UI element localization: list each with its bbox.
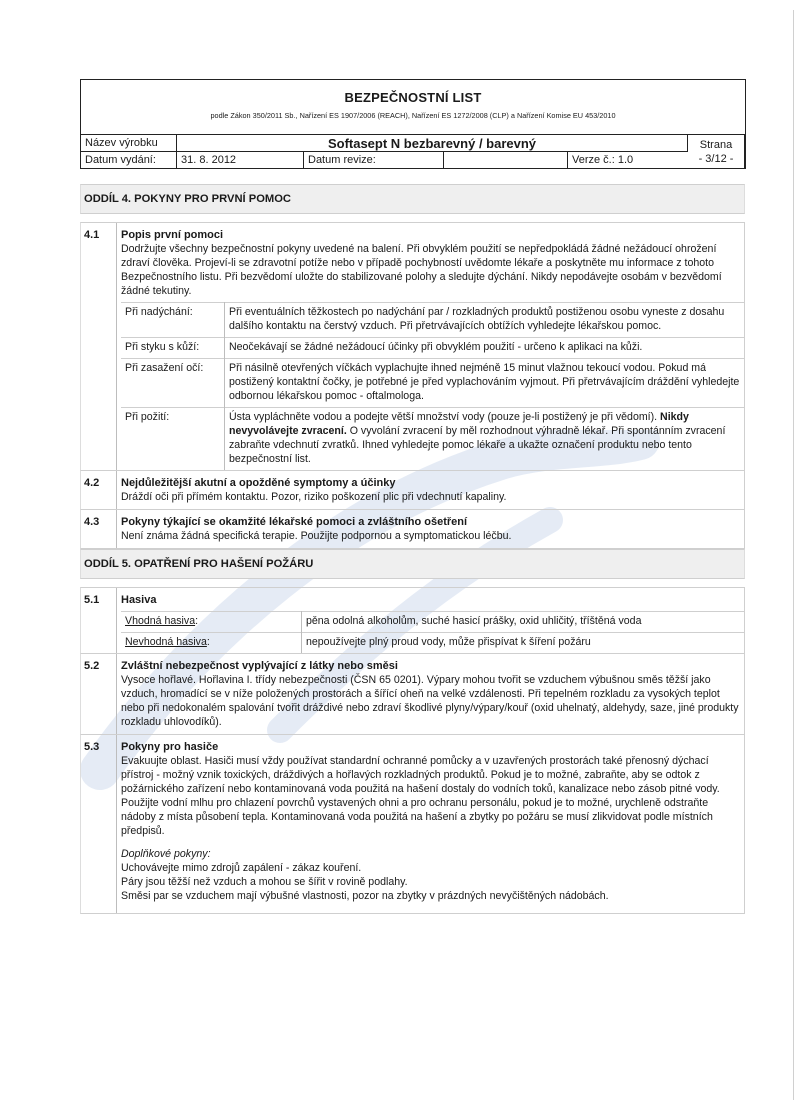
row-text: Při eventuálních těžkostech po nadýchání…: [225, 303, 745, 338]
subsection-text: Není známa žádná specifická terapie. Pou…: [121, 529, 740, 543]
subsection-title: Popis první pomoci: [121, 228, 740, 242]
table-row: Při styku s kůží: Neočekávají se žádné n…: [121, 338, 744, 359]
table-row: Při nadýchání: Při eventuálních těžkoste…: [121, 303, 744, 338]
row-text-part: Ústa vypláchněte vodou a podejte větší m…: [229, 411, 657, 423]
subsection-text: Vysoce hořlavé. Hořlavina I. třídy nebez…: [121, 673, 740, 729]
row-label: Při zasažení očí:: [121, 359, 225, 408]
additional-instruction: Směsi par se vzduchem mají výbušné vlast…: [121, 889, 740, 903]
row-text: nepoužívejte plný proud vody, může přisp…: [302, 633, 745, 654]
row-label-text: Nevhodná hasiva: [125, 636, 207, 648]
table-row: Vhodná hasiva: pěna odolná alkoholům, su…: [121, 612, 744, 633]
row-label: Vhodná hasiva:: [121, 612, 302, 633]
table-row: Nevhodná hasiva: nepoužívejte plný proud…: [121, 633, 744, 654]
subsection-4-2: 4.2 Nejdůležitější akutní a opožděné sym…: [80, 471, 745, 510]
subsection-number: 5.2: [81, 654, 117, 734]
subsection-title: Pokyny týkající se okamžité lékařské pom…: [121, 515, 740, 529]
row-label: Při požití:: [121, 408, 225, 471]
issue-date: 31. 8. 2012: [177, 152, 304, 168]
row-text: Ústa vypláchněte vodou a podejte větší m…: [225, 408, 745, 471]
additional-instructions-title: Doplňkové pokyny:: [121, 847, 740, 861]
subsection-title: Pokyny pro hasiče: [121, 740, 740, 754]
regulation-subtitle: podle Zákon 350/2011 Sb., Nařízení ES 19…: [81, 111, 745, 120]
issue-date-label: Datum vydání:: [81, 152, 177, 168]
subsection-title: Zvláštní nebezpečnost vyplývající z látk…: [121, 659, 740, 673]
subsection-number: 4.2: [81, 471, 117, 509]
page-number: Strana - 3/12 -: [688, 135, 745, 168]
subsection-number: 4.3: [81, 510, 117, 548]
subsection-number: 4.1: [81, 223, 117, 470]
additional-instruction: Uchovávejte mimo zdrojů zapálení - zákaz…: [121, 861, 740, 875]
subsection-5-1: 5.1 Hasiva Vhodná hasiva: pěna odolná al…: [80, 587, 745, 654]
section-4-heading: ODDÍL 4. POKYNY PRO PRVNÍ POMOC: [80, 184, 745, 214]
document-title: BEZPEČNOSTNÍ LIST: [81, 80, 745, 105]
version: Verze č.: 1.0: [568, 152, 688, 168]
row-label: Při nadýchání:: [121, 303, 225, 338]
table-row: Při zasažení očí: Při násilně otevřených…: [121, 359, 744, 408]
page-value: - 3/12 -: [699, 152, 734, 166]
page-edge: [793, 10, 794, 1100]
subsection-4-1: 4.1 Popis první pomoci Dodržujte všechny…: [80, 222, 745, 471]
row-label: Nevhodná hasiva:: [121, 633, 302, 654]
first-aid-table: Při nadýchání: Při eventuálních těžkoste…: [121, 302, 744, 470]
additional-instruction: Páry jsou těžší než vzduch a mohou se ší…: [121, 875, 740, 889]
section-5-heading: ODDÍL 5. OPATŘENÍ PRO HAŠENÍ POŽÁRU: [80, 549, 745, 579]
row-text: Při násilně otevřených víčkách vyplachuj…: [225, 359, 745, 408]
row-label-text: Vhodná hasiva: [125, 615, 195, 627]
revision-label: Datum revize:: [304, 152, 444, 168]
subsection-5-3: 5.3 Pokyny pro hasiče Evakuujte oblast. …: [80, 735, 745, 914]
row-text: Neočekávají se žádné nežádoucí účinky př…: [225, 338, 745, 359]
document-header: BEZPEČNOSTNÍ LIST podle Zákon 350/2011 S…: [80, 79, 746, 169]
subsection-text: Dráždí oči při přímém kontaktu. Pozor, r…: [121, 490, 740, 504]
row-text: pěna odolná alkoholům, suché hasicí práš…: [302, 612, 745, 633]
row-label: Při styku s kůží:: [121, 338, 225, 359]
subsection-5-2: 5.2 Zvláštní nebezpečnost vyplývající z …: [80, 654, 745, 735]
page-label: Strana: [700, 138, 732, 152]
document-body: ODDÍL 4. POKYNY PRO PRVNÍ POMOC 4.1 Popi…: [80, 184, 745, 914]
subsection-number: 5.1: [81, 588, 117, 653]
table-row: Při požití: Ústa vypláchněte vodou a pod…: [121, 408, 744, 471]
subsection-title: Hasiva: [121, 593, 740, 607]
product-name: Softasept N bezbarevný / barevný: [177, 135, 688, 152]
subsection-title: Nejdůležitější akutní a opožděné symptom…: [121, 476, 740, 490]
subsection-4-3: 4.3 Pokyny týkající se okamžité lékařské…: [80, 510, 745, 549]
subsection-text: Evakuujte oblast. Hasiči musí vždy použí…: [121, 754, 740, 838]
subsection-text: Dodržujte všechny bezpečnostní pokyny uv…: [121, 242, 740, 298]
subsection-number: 5.3: [81, 735, 117, 913]
product-label: Název výrobku: [81, 135, 177, 152]
extinguishing-media-table: Vhodná hasiva: pěna odolná alkoholům, su…: [121, 611, 744, 653]
revision-value: [444, 152, 568, 168]
